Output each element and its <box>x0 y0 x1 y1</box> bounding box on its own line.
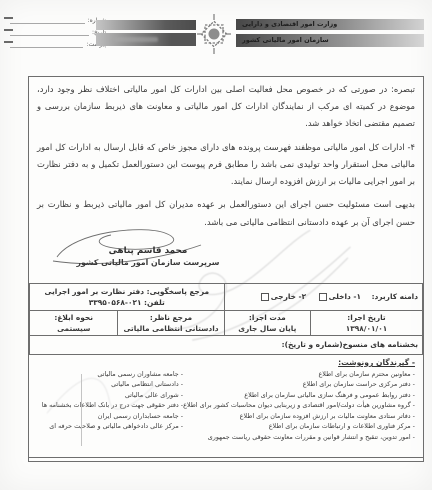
tax-organization-emblem-icon <box>194 11 234 61</box>
duration-value: پایان سال جاری <box>229 324 306 333</box>
attachment-blank-line <box>10 40 83 48</box>
recipient-item: - جامعه مشاوران رسمی مالیاتی <box>31 369 183 379</box>
duration-cell: مدت اجرا: پایان سال جاری <box>224 310 310 335</box>
scan-fold-line <box>81 374 82 446</box>
scope-option-internal: ۱- داخلی <box>329 292 361 301</box>
recipient-item: - دفاتر ستادی معاونت مالیات بر ارزش افزو… <box>183 411 415 421</box>
ministry-name: وزارت امور اقتصادی و دارایی <box>236 19 424 30</box>
recipients-section: - گیرندگان رونوشت: - معاونین محترم سازما… <box>29 355 423 456</box>
signatory: محمد قاسم پناهی سرپرست سازمان امور مالیا… <box>63 246 233 267</box>
document-body-box: تبصره: در صورتی که در خصوص محل فعالیت اص… <box>28 76 424 462</box>
exec-date-cell: تاریخ اجرا: ۱۳۹۸/۰۱/۰۱ <box>311 310 423 335</box>
meta-row-date: تاریخ: <box>10 24 106 36</box>
scope-option-external: ۲- خارجی <box>271 292 306 301</box>
notification-cell: نحوه ابلاغ: سیستمی <box>30 310 118 335</box>
responder-cell: مرجع پاسخگویی: دفتر نظارت بر امور اجرایی… <box>30 283 225 310</box>
supervisor-cell: مرجع ناظر: دادستانی انتظامی مالیاتی <box>118 310 224 335</box>
recipient-item: - جامعه حسابداران رسمی ایران <box>31 411 183 421</box>
faint-reference-smudge <box>114 37 158 42</box>
checkbox-internal <box>319 293 327 301</box>
scope-cell: دامنه کاربرد: ۱- داخلی ۲- خارجی <box>224 283 422 310</box>
meta-row-number: شماره: <box>10 12 106 24</box>
circular-info-table: دامنه کاربرد: ۱- داخلی ۲- خارجی مرجع پاس… <box>29 283 423 355</box>
notification-value: سیستمی <box>34 324 113 333</box>
recipient-item: - امور تدوین، تنقیح و انتشار قوانین و مق… <box>183 432 415 442</box>
table-row-execution: تاریخ اجرا: ۱۳۹۸/۰۱/۰۱ مدت اجرا: پایان س… <box>30 310 423 335</box>
exec-date-label: تاریخ اجرا: <box>347 313 385 322</box>
recipient-item: - دفتر حقوقی جهت درج در بانک اطلاعات بخش… <box>31 400 183 410</box>
supervisor-value: دادستانی انتظامی مالیاتی <box>122 324 219 333</box>
header-bar-left-top <box>96 20 196 30</box>
notification-label: نحوه ابلاغ: <box>54 313 93 322</box>
letterhead-meta-fields: شماره: تاریخ: پیوست: <box>10 12 106 48</box>
meta-row-attachment: پیوست: <box>10 36 106 48</box>
organization-name: سازمان امور مالیاتی کشور <box>236 34 424 47</box>
supervisor-label: مرجع ناظر: <box>150 313 192 322</box>
double-bottom-rule <box>29 457 423 461</box>
exec-date-value: ۱۳۹۸/۰۱/۰۱ <box>315 324 418 333</box>
header-bar-left-bottom <box>96 33 196 46</box>
checkbox-external <box>261 293 269 301</box>
table-row-revoked: بخشنامه های منسوخ(شماره و تاریخ): <box>30 335 423 354</box>
revoked-circulars-cell: بخشنامه های منسوخ(شماره و تاریخ): <box>30 335 423 354</box>
signatory-name: محمد قاسم پناهی <box>63 246 233 256</box>
recipient-item: - دفتر روابط عمومی و فرهنگ سازی مالیاتی … <box>183 390 415 400</box>
date-blank-line <box>10 28 89 36</box>
body-paragraphs: تبصره: در صورتی که در خصوص محل فعالیت اص… <box>29 77 423 237</box>
signature-block: محمد قاسم پناهی سرپرست سازمان امور مالیا… <box>29 237 423 283</box>
scope-label: دامنه کاربرد: <box>372 292 418 301</box>
recipients-column-left: - جامعه مشاوران رسمی مالیاتی - دادستانی … <box>31 369 183 442</box>
responder-value: دفتر نظارت بر امور اجرایی <box>44 287 144 296</box>
scanned-tax-circular-document: شماره: تاریخ: پیوست: وزارت امور اقتصادی … <box>0 0 432 490</box>
recipients-columns: - معاونین محترم سازمان برای اطلاع - دفتر… <box>35 369 415 442</box>
recipient-item: - دفتر مرکزی حراست سازمان برای اطلاع <box>183 379 415 389</box>
recipients-column-right: - معاونین محترم سازمان برای اطلاع - دفتر… <box>183 369 415 442</box>
recipient-item: - دادستانی انتظامی مالیاتی <box>31 379 183 389</box>
responder-phone: تلفن: ۰۲۱-۳۳۹۵۰۵۶۸ <box>89 298 165 307</box>
number-blank-line <box>10 16 85 24</box>
paragraph-closing: بدیهی است مسئولیت حسن اجرای این دستورالع… <box>37 196 415 230</box>
header-bar-ministry: وزارت امور اقتصادی و دارایی <box>236 19 424 30</box>
recipient-item: - گروه مشاورین هیأت دولت/امور اقتصادی و … <box>183 400 415 410</box>
header-bar-organization: سازمان امور مالیاتی کشور <box>236 34 424 47</box>
recipient-item: - شورای عالی مالیاتی <box>31 390 183 400</box>
recipients-heading: - گیرندگان رونوشت: <box>338 358 415 367</box>
table-row-scope: دامنه کاربرد: ۱- داخلی ۲- خارجی مرجع پاس… <box>30 283 423 310</box>
recipient-item: - مرکز عالی دادخواهی مالیاتی و صلاحیت حر… <box>31 421 183 431</box>
signatory-title: سرپرست سازمان امور مالیاتی کشور <box>63 258 233 267</box>
duration-label: مدت اجرا: <box>249 313 286 322</box>
responder-label: مرجع پاسخگویی: <box>147 287 209 296</box>
recipient-item: - مرکز فناوری اطلاعات و ارتباطات سازمان … <box>183 421 415 431</box>
paragraph-clause-4: ۴- ادارات کل امور مالیاتی موظفند فهرست پ… <box>37 139 415 191</box>
paragraph-note: تبصره: در صورتی که در خصوص محل فعالیت اص… <box>37 81 415 133</box>
recipient-item: - معاونین محترم سازمان برای اطلاع <box>183 369 415 379</box>
